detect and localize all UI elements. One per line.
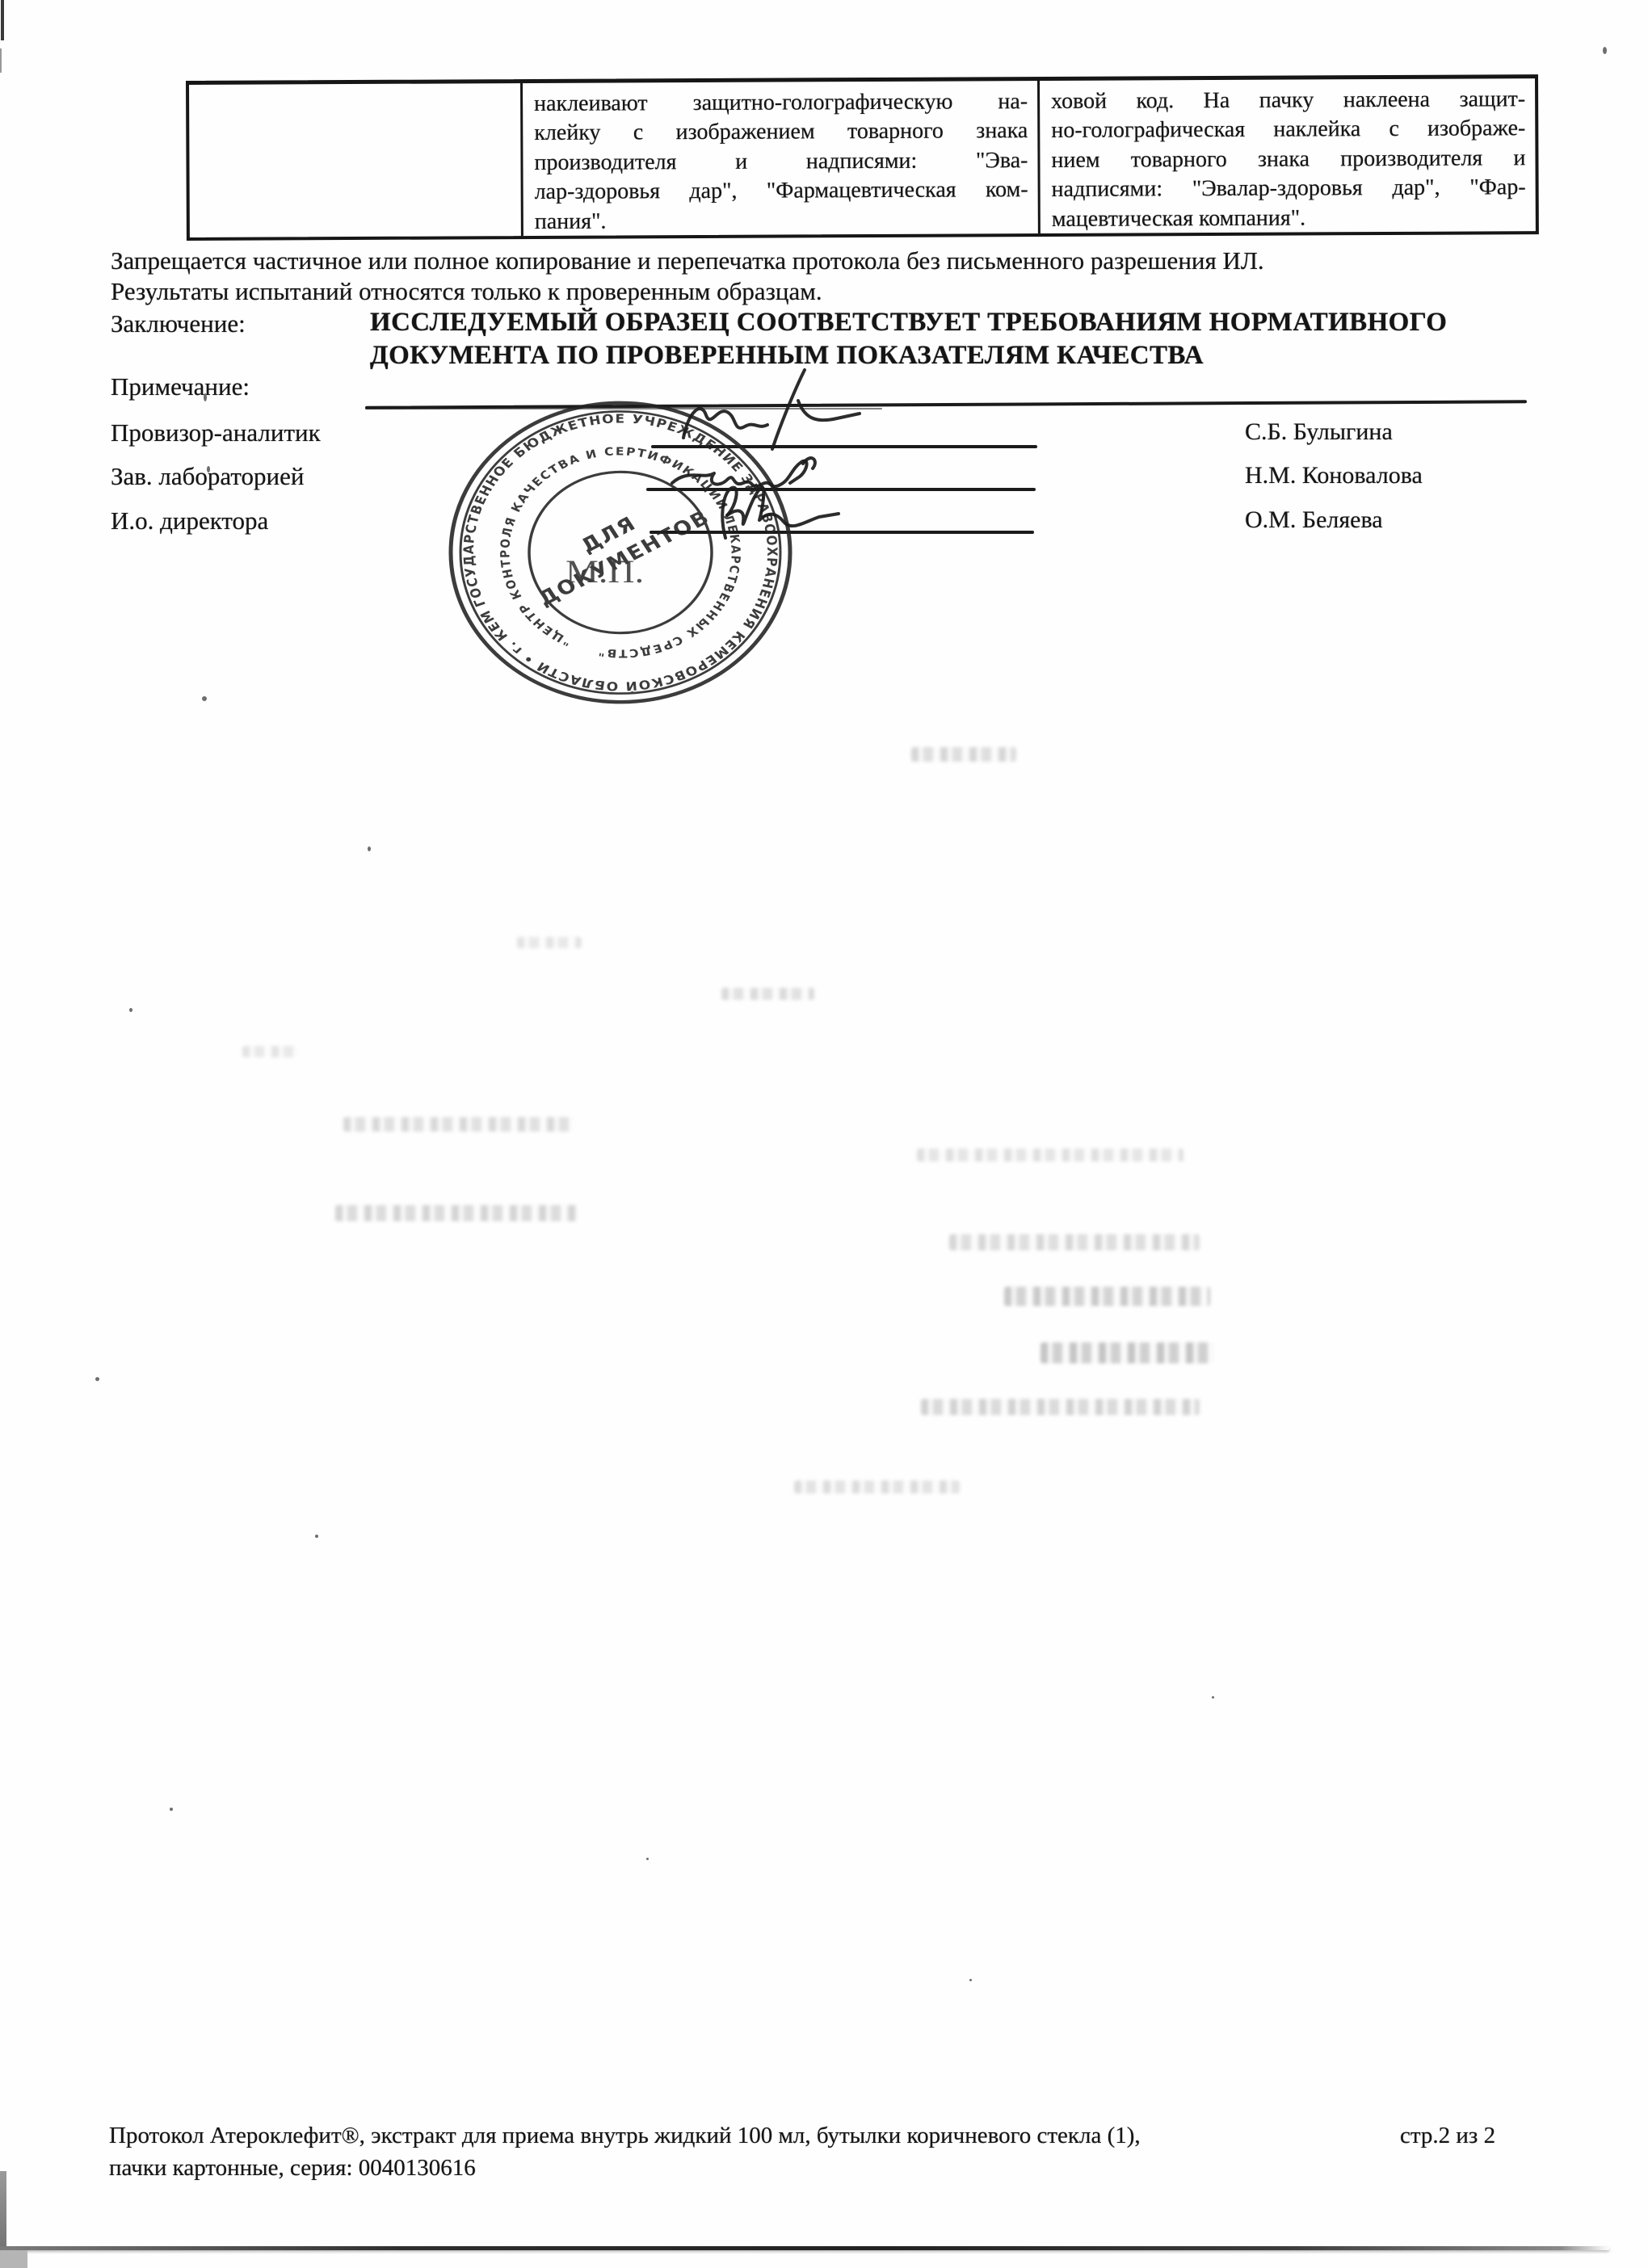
scan-edge-artifact-top-left: [1, 0, 4, 40]
scan-ghost-smudge: [917, 1149, 1183, 1161]
scan-ghost-smudge: [949, 1234, 1200, 1250]
scan-speck: [1212, 1696, 1214, 1699]
scan-speck: [170, 1808, 173, 1811]
scan-speck: [204, 393, 207, 401]
scan-speck: [315, 1535, 318, 1538]
table-text-line: ховой код. На пачку наклеена защит-: [1051, 85, 1525, 116]
footer-protocol-description-line2: пачки картонные, серия: 0040130616: [109, 2155, 476, 2182]
table-text-line: но-голографическая наклейка с изображе-: [1051, 115, 1525, 146]
table-text-line: лар-здоровья дар", "Фармацевтическая ком…: [535, 175, 1028, 207]
signatory-name-director: О.М. Беляева: [1245, 506, 1383, 534]
scan-speck: [202, 696, 207, 701]
table-cell-nd-text: наклеивают защитно-голографическую на- к…: [520, 81, 1038, 236]
scan-bottom-corner-artifact: [0, 2250, 27, 2268]
packaging-description-table: наклеивают защитно-голографическую на- к…: [186, 74, 1539, 241]
scan-speck: [368, 846, 371, 851]
signatory-role-director: И.о. директора: [111, 506, 268, 535]
table-cell-result-text: ховой код. На пачку наклеена защит- но-г…: [1037, 78, 1536, 233]
scan-speck: [207, 466, 210, 472]
signatory-name-lab-head: Н.М. Коновалова: [1245, 462, 1423, 489]
table-text-line: наклеивают защитно-голографическую на-: [534, 87, 1028, 119]
scan-ghost-smudge: [517, 937, 582, 948]
scan-speck: [95, 1377, 99, 1381]
conclusion-text-line1: ИССЛЕДУЕМЫЙ ОБРАЗЕЦ СООТВЕТСТВУЕТ ТРЕБОВ…: [370, 306, 1447, 339]
table-text-line: производителя и надписями: "Эва-: [534, 146, 1028, 178]
table-text-line: мацевтическая компания".: [1052, 203, 1526, 234]
scan-speck: [646, 1858, 649, 1860]
signature-scribble-director: [696, 477, 854, 544]
scan-speck: [129, 1008, 132, 1012]
footer-page-indicator: стр.2 из 2: [1400, 2123, 1495, 2149]
table-text-line: надписями: "Эвалар-здоровья дар", "Фар-: [1052, 173, 1526, 204]
table-text-line: клейку с изображением товарного знака: [534, 116, 1028, 148]
note-label: Примечание:: [111, 372, 250, 401]
scan-ghost-smudge: [1041, 1342, 1214, 1363]
scan-speck: [1603, 47, 1607, 54]
signatory-role-analyst: Провизор-аналитик: [111, 418, 321, 447]
scan-ghost-smudge: [343, 1117, 574, 1132]
signatory-name-analyst: С.Б. Булыгина: [1245, 418, 1393, 446]
scan-ghost-smudge: [242, 1046, 299, 1057]
scan-ghost-smudge: [921, 1399, 1200, 1415]
scan-speck: [969, 1979, 972, 1981]
scan-edge-artifact: [0, 48, 2, 73]
scan-ghost-smudge: [335, 1205, 578, 1221]
scan-ghost-smudge: [794, 1480, 960, 1493]
table-cell-empty: [189, 83, 521, 237]
table-text-line: пания".: [535, 205, 1028, 237]
copy-restriction-text: Запрещается частичное или полное копиров…: [111, 246, 1264, 277]
table-text-line: нием товарного знака производителя и: [1051, 144, 1525, 175]
mp-place-of-seal-mark: М.П.: [565, 553, 644, 590]
footer-protocol-description-line1: Протокол Атероклефит®, экстракт для прие…: [109, 2123, 1141, 2149]
scan-ghost-smudge: [1004, 1287, 1210, 1306]
scan-bottom-edge-line: [0, 2246, 1609, 2250]
scanned-protocol-page: наклеивают защитно-голографическую на- к…: [0, 0, 1648, 2268]
conclusion-label: Заключение:: [111, 309, 246, 338]
signature-scribble-analyst: [677, 365, 867, 454]
scan-ghost-smudge: [911, 747, 1016, 762]
results-scope-text: Результаты испытаний относятся только к …: [111, 276, 822, 308]
scan-ghost-smudge: [721, 988, 814, 1000]
